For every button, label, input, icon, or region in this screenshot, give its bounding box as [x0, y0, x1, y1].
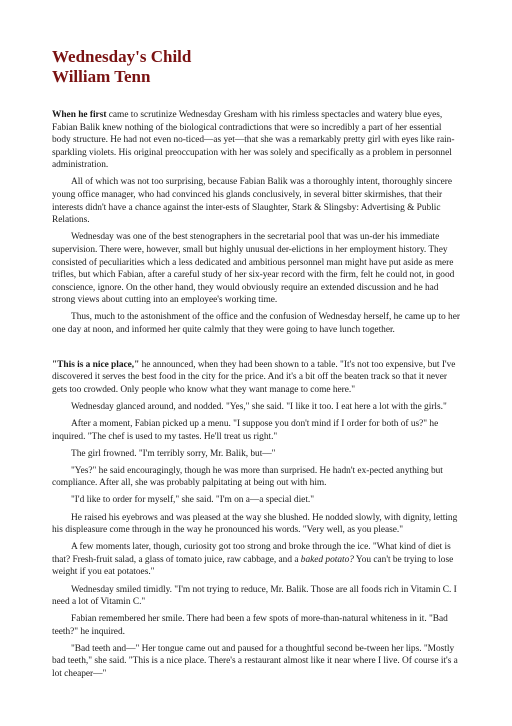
- paragraph: A few moments later, though, curiosity g…: [52, 541, 462, 579]
- paragraph: Thus, much to the astonishment of the of…: [52, 311, 462, 336]
- lead-in: When he first: [52, 110, 106, 120]
- paragraph: The girl frowned. "I'm terribly sorry, M…: [52, 448, 462, 461]
- paragraph: "Yes?" he said encouragingly, though he …: [52, 465, 462, 490]
- paragraph: "This is a nice place," he announced, wh…: [52, 359, 462, 397]
- paragraph: All of which was not too surprising, bec…: [52, 176, 462, 226]
- story-author: William Tenn: [52, 67, 462, 87]
- paragraph: Wednesday glanced around, and nodded. "Y…: [52, 401, 462, 414]
- paragraph: "I'd like to order for myself," she said…: [52, 494, 462, 507]
- paragraph: He raised his eyebrows and was pleased a…: [52, 512, 462, 537]
- paragraph: After a moment, Fabian picked up a menu.…: [52, 418, 462, 443]
- paragraph: Wednesday smiled timidly. "I'm not tryin…: [52, 584, 462, 609]
- paragraph: Wednesday was one of the best stenograph…: [52, 231, 462, 307]
- story-title: Wednesday's Child: [52, 47, 462, 67]
- emphasis: baked potato?: [301, 555, 354, 565]
- paragraph: When he first came to scrutinize Wednesd…: [52, 109, 462, 172]
- document-page: Wednesday's Child William Tenn When he f…: [52, 47, 462, 685]
- paragraph: "Bad teeth and—" Her tongue came out and…: [52, 643, 462, 681]
- paragraph: Fabian remembered her smile. There had b…: [52, 613, 462, 638]
- lead-in: "This is a nice place,": [52, 360, 139, 370]
